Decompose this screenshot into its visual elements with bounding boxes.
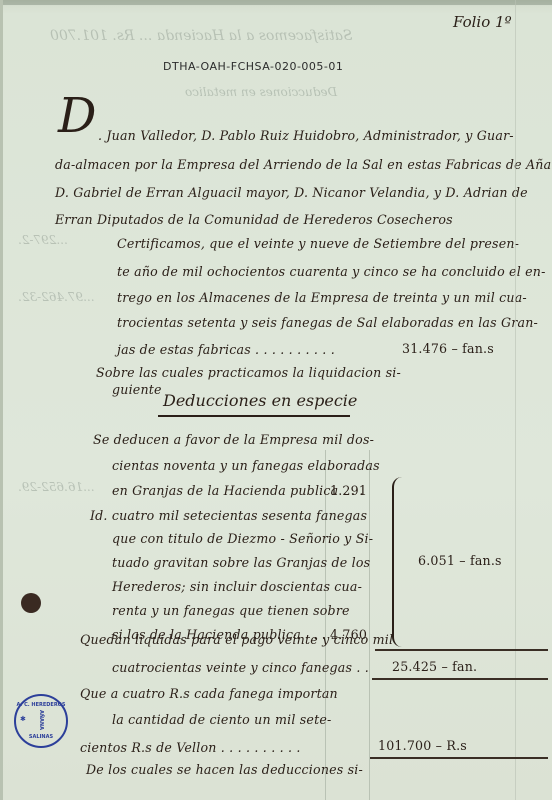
page-top-edge	[0, 0, 552, 5]
grouping-brace	[392, 477, 406, 647]
column-guide-line	[325, 450, 326, 800]
text-line: trocientas setenta y seis fanegas de Sal…	[117, 315, 538, 330]
total-rule	[372, 678, 548, 680]
text-line: Quedan liquidas para el pago veinte y ci…	[80, 632, 393, 647]
column-guide-line	[515, 0, 516, 800]
text-line: la cantidad de ciento un mil sete-	[112, 712, 331, 727]
text-line: que con titulo de Diezmo - Señorio y Si-	[112, 531, 373, 546]
text-line: Que a cuatro R.s cada fanega importan	[80, 686, 338, 701]
text-line: cientas noventa y un fanegas elaboradas	[112, 458, 380, 473]
deductions-total-amount: 6.051 – fan.s	[418, 553, 502, 568]
star-icon: ✱	[20, 715, 26, 723]
total-fanegas-amount: 31.476 – fan.s	[402, 341, 494, 356]
folio-number: Folio 1º	[453, 13, 512, 31]
text-line: en Granjas de la Hacienda publica . . .	[112, 483, 364, 498]
text-line: te año de mil ochocientos cuarenta y cin…	[117, 264, 546, 279]
text-line: cuatrocientas veinte y cinco fanegas . .	[112, 660, 369, 675]
text-line: guiente	[112, 382, 162, 397]
text-line: De los cuales se hacen las deducciones s…	[86, 762, 363, 777]
bleed-through-text: ...297-2.	[18, 233, 68, 247]
text-line: Id. cuatro mil setecientas sesenta faneg…	[90, 508, 367, 523]
text-line: Sobre las cuales practicamos la liquidac…	[96, 365, 401, 380]
bleed-through-text: ...16.652-29.	[18, 480, 95, 494]
total-rule	[370, 757, 548, 759]
text-line: tuado gravitan sobre las Granjas de los	[112, 555, 370, 570]
heading-underline	[158, 415, 350, 417]
text-line: Certificamos, que el veinte y nueve de S…	[117, 236, 519, 251]
text-line: Herederos; sin incluir doscientas cua-	[112, 579, 362, 594]
archive-stamp: A. C. HEREDEROS ✱ AÑANA SALINAS	[14, 694, 68, 748]
text-line: jas de estas fabricas . . . . . . . . . …	[117, 342, 335, 357]
page-left-edge	[0, 0, 3, 800]
section-heading: Deducciones en especie	[163, 391, 357, 410]
text-line: trego en los Almacenes de la Empresa de …	[117, 290, 527, 305]
remaining-total-amount: 25.425 – fan.	[392, 659, 477, 674]
column-guide-line	[369, 450, 370, 800]
ink-blot	[21, 593, 41, 613]
text-line: cientos R.s de Vellon . . . . . . . . . …	[80, 740, 301, 755]
bleed-through-text: ...97.462-32.	[18, 290, 95, 304]
archive-reference-code: DTHA-OAH-FCHSA-020-005-01	[163, 60, 343, 73]
deduction-amount: 1.291	[330, 483, 367, 498]
total-rule	[375, 649, 548, 651]
text-line: da-almacen por la Empresa del Arriendo d…	[55, 157, 552, 172]
text-line: Erran Diputados de la Comunidad de Hered…	[55, 212, 453, 227]
text-line: renta y un fanegas que tienen sobre	[112, 603, 350, 618]
bleed-through-text: Satisfacemos a la Hacienda ... Rs. 101.7…	[50, 28, 353, 44]
text-line: D. Gabriel de Erran Alguacil mayor, D. N…	[55, 185, 528, 200]
value-total-amount: 101.700 – R.s	[378, 738, 467, 753]
stamp-text: SALINAS	[16, 734, 66, 740]
manuscript-page: Satisfacemos a la Hacienda ... Rs. 101.7…	[0, 0, 552, 800]
text-line: . Juan Valledor, D. Pablo Ruiz Huidobro,…	[98, 128, 514, 143]
text-line: Se deducen a favor de la Empresa mil dos…	[93, 432, 374, 447]
initial-capital: D	[58, 92, 96, 140]
bleed-through-text: Deducciones en metalico	[185, 85, 337, 99]
